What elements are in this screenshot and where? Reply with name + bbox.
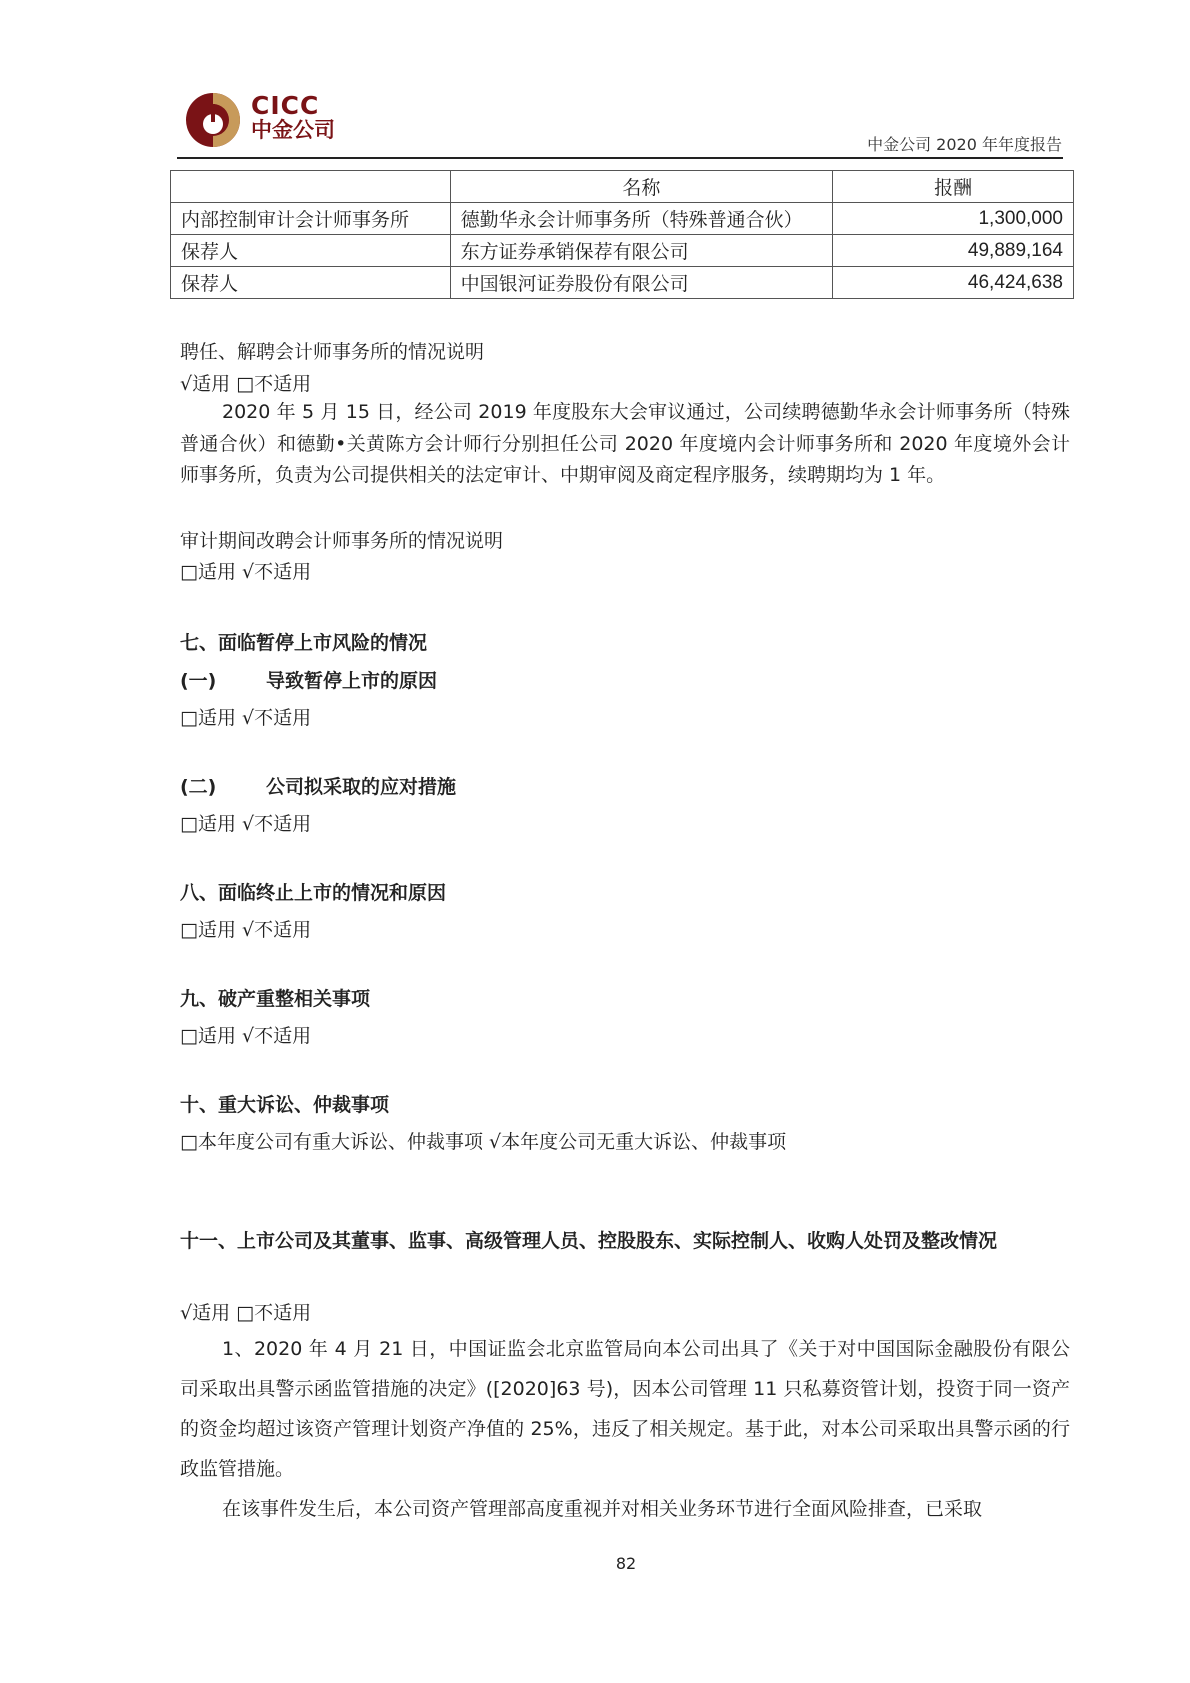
auditor-fee-table: 名称 报酬 内部控制审计会计师事务所 德勤华永会计师事务所（特殊普通合伙） 1,… xyxy=(170,170,1074,299)
cell-fee: 46,424,638 xyxy=(833,267,1074,299)
section-7-1-heading: 导致暂停上市的原因 xyxy=(266,666,437,693)
logo-wordmark: CICC 中金公司 xyxy=(251,94,335,142)
cell-name: 东方证券承销保荐有限公司 xyxy=(450,235,833,267)
section-10-applicability: □本年度公司有重大诉讼、仲裁事项 √本年度公司无重大诉讼、仲裁事项 xyxy=(180,1127,786,1154)
appoint-body: 2020 年 5 月 15 日，经公司 2019 年度股东大会审议通过，公司续聘… xyxy=(180,397,1070,492)
column-header-fee: 报酬 xyxy=(833,171,1074,203)
header-divider xyxy=(177,157,1063,159)
section-8-applicability: □适用 √不适用 xyxy=(180,915,311,942)
cell-role: 保荐人 xyxy=(171,235,451,267)
section-9-heading: 九、破产重整相关事项 xyxy=(180,984,370,1011)
section-8-heading: 八、面临终止上市的情况和原因 xyxy=(180,878,446,905)
cicc-logo-icon xyxy=(185,92,241,148)
report-title: 中金公司 2020 年年度报告 xyxy=(867,132,1062,155)
section-11-para-2: 在该事件发生后，本公司资产管理部高度重视并对相关业务环节进行全面风险排查，已采取 xyxy=(180,1489,1070,1529)
change-title: 审计期间改聘会计师事务所的情况说明 xyxy=(180,526,503,553)
section-11-heading: 十一、上市公司及其董事、监事、高级管理人员、控股股东、实际控制人、收购人处罚及整… xyxy=(180,1225,1112,1257)
appoint-title: 聘任、解聘会计师事务所的情况说明 xyxy=(180,337,484,364)
table-row: 保荐人 中国银河证券股份有限公司 46,424,638 xyxy=(171,267,1074,299)
section-7-1-applicability: □适用 √不适用 xyxy=(180,703,311,730)
section-7-1-number: (一) xyxy=(180,666,216,693)
table-row: 内部控制审计会计师事务所 德勤华永会计师事务所（特殊普通合伙） 1,300,00… xyxy=(171,203,1074,235)
column-header xyxy=(171,171,451,203)
logo-en: CICC xyxy=(251,94,335,118)
cell-role: 保荐人 xyxy=(171,267,451,299)
page-number: 82 xyxy=(0,1554,1190,1573)
section-7-2-applicability: □适用 √不适用 xyxy=(180,809,311,836)
section-11-para-1: 1、2020 年 4 月 21 日，中国证监会北京监管局向本公司出具了《关于对中… xyxy=(180,1329,1070,1489)
table-row: 保荐人 东方证券承销保荐有限公司 49,889,164 xyxy=(171,235,1074,267)
change-applicability: □适用 √不适用 xyxy=(180,557,311,584)
cell-fee: 1,300,000 xyxy=(833,203,1074,235)
column-header-name: 名称 xyxy=(450,171,833,203)
cell-name: 中国银河证券股份有限公司 xyxy=(450,267,833,299)
section-7-2-number: (二) xyxy=(180,772,216,799)
table-header-row: 名称 报酬 xyxy=(171,171,1074,203)
section-7-heading: 七、面临暂停上市风险的情况 xyxy=(180,628,427,655)
appoint-applicability: √适用 □不适用 xyxy=(180,369,311,396)
section-10-heading: 十、重大诉讼、仲裁事项 xyxy=(180,1090,389,1117)
section-11-applicability: √适用 □不适用 xyxy=(180,1298,311,1325)
section-9-applicability: □适用 √不适用 xyxy=(180,1021,311,1048)
cell-role: 内部控制审计会计师事务所 xyxy=(171,203,451,235)
logo-cn: 中金公司 xyxy=(251,118,335,142)
cell-fee: 49,889,164 xyxy=(833,235,1074,267)
cell-name: 德勤华永会计师事务所（特殊普通合伙） xyxy=(450,203,833,235)
section-7-2-heading: 公司拟采取的应对措施 xyxy=(266,772,456,799)
